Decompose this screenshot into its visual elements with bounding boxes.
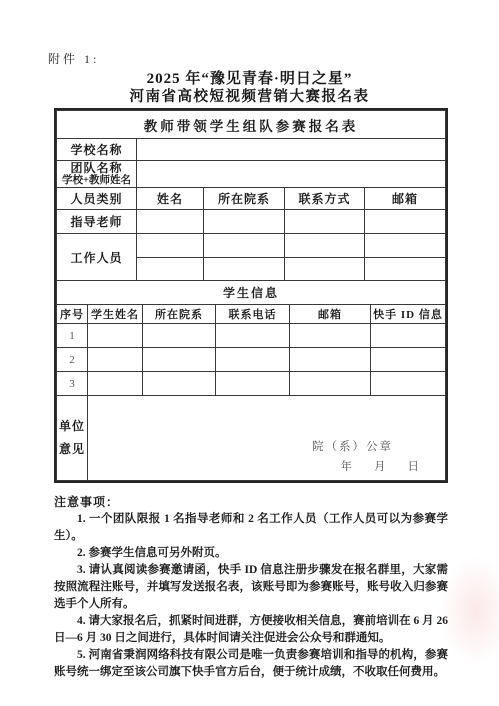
- personnel-department-header: 所在院系: [204, 188, 285, 210]
- staff2-name-cell: [137, 258, 204, 281]
- advisor-name-cell: [137, 210, 204, 234]
- team-name-label-main: 团队名称: [59, 161, 134, 175]
- student-department-header: 所在院系: [143, 305, 216, 324]
- student-row-1-kuaishou-id-cell: [371, 324, 446, 348]
- notes-heading: 注意事项：: [54, 494, 448, 511]
- student-row-3-index: 3: [57, 372, 88, 396]
- date-line: 年 月 日: [341, 458, 420, 474]
- student-email-header: 邮箱: [290, 305, 371, 324]
- unit-opinion-label-line2: 意见: [59, 438, 85, 461]
- unit-opinion-content-cell: 院（系）公章 年 月 日: [88, 396, 446, 481]
- note-item-3: 3. 请认真阅读参赛邀请函，快手 ID 信息注册步骤发在报名群里，大家需按照流程…: [54, 562, 448, 613]
- student-row-1-department-cell: [143, 324, 216, 348]
- student-row-3-phone-cell: [216, 372, 290, 396]
- note-item-5: 5. 河南省秉润网络科技有限公司是唯一负责参赛培训和指导的机构，参赛账号统一绑定…: [54, 647, 448, 681]
- student-info-section: 学生信息 序号 学生姓名 所在院系 联系电话 邮箱 快手 ID 信息 1 2: [56, 280, 446, 396]
- watermark-smudge: [439, 556, 499, 666]
- student-row-2-kuaishou-id-cell: [371, 348, 446, 372]
- student-row-3: 3: [57, 372, 446, 396]
- staff1-department-cell: [204, 234, 285, 258]
- student-row-1-index: 1: [57, 324, 88, 348]
- student-row-3-department-cell: [143, 372, 216, 396]
- staff1-name-cell: [137, 234, 204, 258]
- school-name-label: 学校名称: [57, 139, 137, 161]
- staff1-email-cell: [365, 234, 446, 258]
- student-phone-header: 联系电话: [216, 305, 290, 324]
- advisor-label: 指导老师: [57, 210, 137, 234]
- personnel-email-header: 邮箱: [365, 188, 446, 210]
- form-upper-section: 教师带领学生组队参赛报名表 学校名称 团队名称 学校+教师姓名 人员类别 姓名 …: [56, 110, 446, 281]
- advisor-email-cell: [365, 210, 446, 234]
- advisor-department-cell: [204, 210, 285, 234]
- student-row-3-email-cell: [290, 372, 371, 396]
- personnel-name-header: 姓名: [137, 188, 204, 210]
- student-kuaishou-id-header: 快手 ID 信息: [371, 305, 446, 324]
- notes-section: 注意事项： 1. 一个团队限报 1 名指导老师和 2 名工作人员（工作人员可以为…: [54, 494, 448, 681]
- school-name-value-cell: [137, 139, 446, 161]
- team-name-label-sub: 学校+教师姓名: [59, 175, 134, 187]
- student-row-2-email-cell: [290, 348, 371, 372]
- team-name-value-cell: [137, 161, 446, 188]
- advisor-contact-cell: [285, 210, 365, 234]
- student-row-2-name-cell: [88, 348, 143, 372]
- student-row-2-index: 2: [57, 348, 88, 372]
- date-month-label: 月: [374, 458, 386, 474]
- student-row-1-phone-cell: [216, 324, 290, 348]
- student-row-2-phone-cell: [216, 348, 290, 372]
- date-day-label: 日: [408, 458, 420, 474]
- student-row-2: 2: [57, 348, 446, 372]
- personnel-category-header: 人员类别: [57, 188, 137, 210]
- personnel-contact-header: 联系方式: [285, 188, 365, 210]
- form-table-title: 教师带领学生组队参赛报名表: [57, 111, 446, 139]
- student-name-header: 学生姓名: [88, 305, 143, 324]
- document-title-line2: 河南省高校短视频营销大赛报名表: [0, 85, 499, 106]
- staff2-email-cell: [365, 258, 446, 281]
- staff1-contact-cell: [285, 234, 365, 258]
- student-index-header: 序号: [57, 305, 88, 324]
- unit-opinion-section: 单位 意见 院（系）公章 年 月 日: [56, 395, 446, 481]
- unit-opinion-label: 单位 意见: [57, 396, 88, 481]
- registration-form-table: 教师带领学生组队参赛报名表 学校名称 团队名称 学校+教师姓名 人员类别 姓名 …: [54, 108, 448, 483]
- department-seal-text: 院（系）公章: [312, 438, 393, 454]
- attachment-label: 附件 1:: [48, 50, 99, 67]
- unit-opinion-label-line1: 单位: [59, 415, 85, 438]
- student-row-1-name-cell: [88, 324, 143, 348]
- student-row-1: 1: [57, 324, 446, 348]
- note-item-1: 1. 一个团队限报 1 名指导老师和 2 名工作人员（工作人员可以为参赛学生）。: [54, 511, 448, 545]
- team-name-label: 团队名称 学校+教师姓名: [57, 161, 137, 188]
- staff2-contact-cell: [285, 258, 365, 281]
- student-row-3-kuaishou-id-cell: [371, 372, 446, 396]
- date-year-label: 年: [341, 458, 353, 474]
- student-section-title: 学生信息: [57, 281, 446, 305]
- staff-label: 工作人员: [57, 234, 137, 281]
- staff2-department-cell: [204, 258, 285, 281]
- document-page: 附件 1: 2025 年“豫见青春·明日之星” 河南省高校短视频营销大赛报名表 …: [0, 0, 499, 706]
- note-item-2: 2. 参赛学生信息可另外附页。: [54, 545, 448, 562]
- student-row-2-department-cell: [143, 348, 216, 372]
- student-row-3-name-cell: [88, 372, 143, 396]
- student-row-1-email-cell: [290, 324, 371, 348]
- note-item-4: 4. 请大家报名后，抓紧时间进群，方便接收相关信息，赛前培训在 6 月 26 日…: [54, 613, 448, 647]
